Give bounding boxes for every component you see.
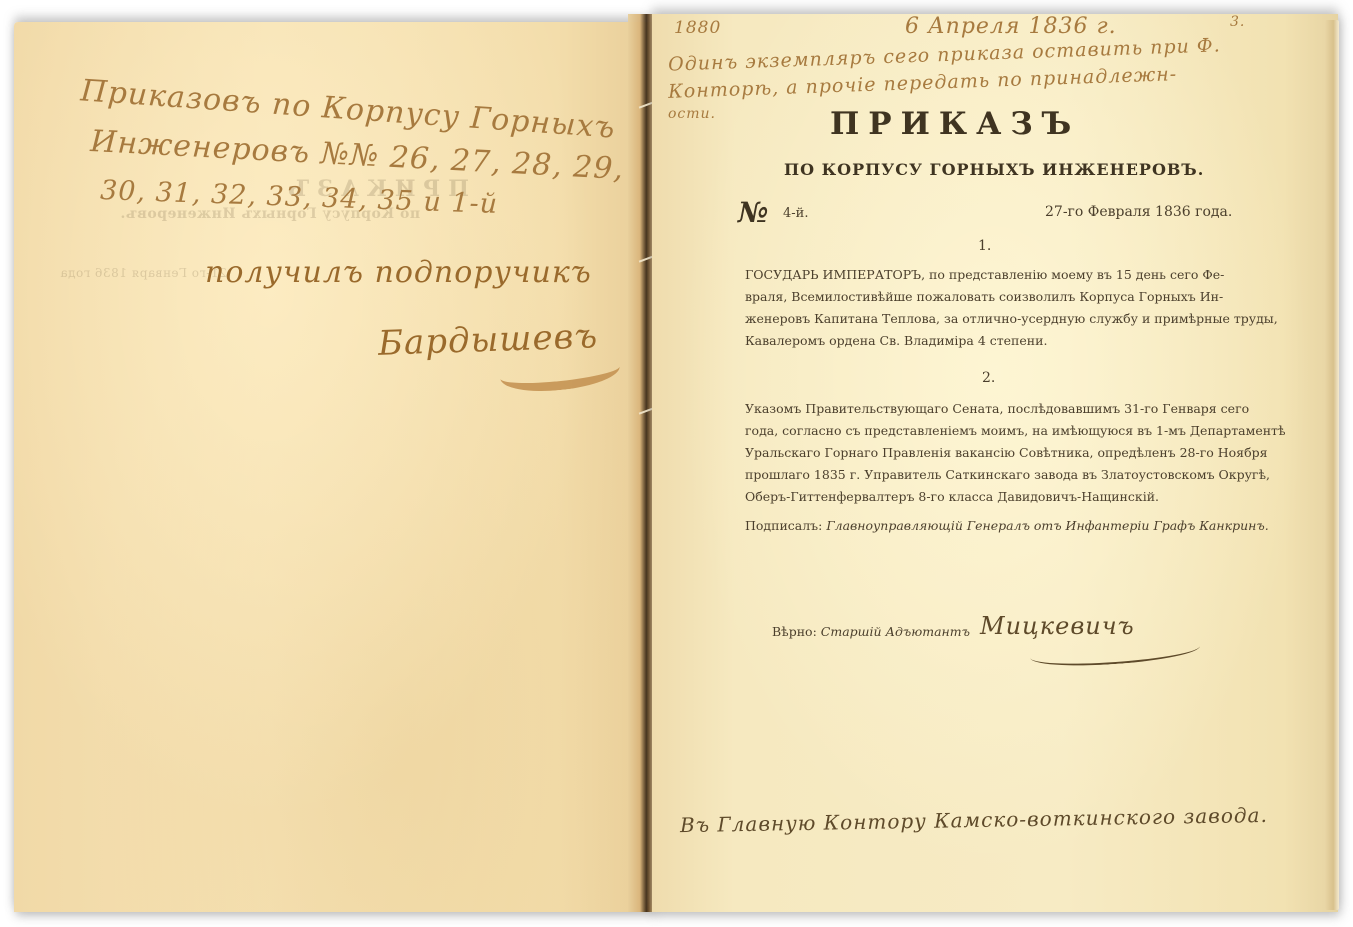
paragraph-line: Уральскаго Горнаго Правленія вакансію Со… [745,442,1286,464]
signed-by-name: Главноуправляющій Генералъ отъ Инфантері… [826,518,1268,533]
handwritten-receipt-date: 6 Апреля 1836 г. [905,14,1117,39]
handwritten-note-line-3: ости. [668,106,716,122]
document-spread: ПРИКАЗЪ по Корпусу Горныхъ Инженеровъ. 2… [0,0,1353,927]
adjutant-signature: Мицкевичъ [980,612,1135,640]
order-date: 27-го Февраля 1836 года. [1045,204,1232,220]
handwritten-page-mark: 3. [1230,14,1245,30]
section-1-text: ГОСУДАРЬ ИМПЕРАТОРЪ, по представленію мо… [745,264,1278,352]
paragraph-line: враля, Всемилостивѣйше пожаловать соизво… [745,286,1278,308]
document-subtitle: ПО КОРПУСУ ГОРНЫХЪ ИНЖЕНЕРОВЪ. [784,160,1204,179]
paragraph-line: года, согласно съ представленіемъ моимъ,… [745,420,1286,442]
document-title: ПРИКАЗЪ [830,106,1080,142]
certified-by-title: Старшій Адъютантъ [821,624,970,639]
paragraph-line: ГОСУДАРЬ ИМПЕРАТОРЪ, по представленію мо… [745,264,1278,286]
section-1-number: 1. [978,238,991,254]
bleed-through-date: 21-го Генваря 1836 года [60,266,227,280]
paragraph-line: Оберъ-Гиттенфервалтеръ 8-го класса Давид… [745,486,1286,508]
certified-label: Вѣрно: [772,624,817,639]
paragraph-line: прошлаго 1835 г. Управитель Саткинскаго … [745,464,1286,486]
handwritten-registry-number: 1880 [674,18,721,38]
paragraph-line: Кавалеромъ ордена Св. Владиміра 4 степен… [745,330,1278,352]
section-2-text: Указомъ Правительствующаго Сената, послѣ… [745,398,1286,508]
paragraph-line: Указомъ Правительствующаго Сената, послѣ… [745,398,1286,420]
certified-line: Вѣрно: Старшій Адъютантъ [772,624,970,639]
section-2-number: 2. [982,370,995,386]
paragraph-line: женеровъ Капитана Теплова, за отлично-ус… [745,308,1278,330]
signed-label: Подписалъ: [745,518,822,533]
signed-by-line: Подписалъ: Главноуправляющій Генералъ от… [745,518,1269,533]
order-number: 4-й. [783,206,808,221]
number-sign: № [738,196,768,229]
page-stack-edge [1325,20,1339,910]
left-handwriting-received: получилъ подпоручикъ [205,255,592,290]
